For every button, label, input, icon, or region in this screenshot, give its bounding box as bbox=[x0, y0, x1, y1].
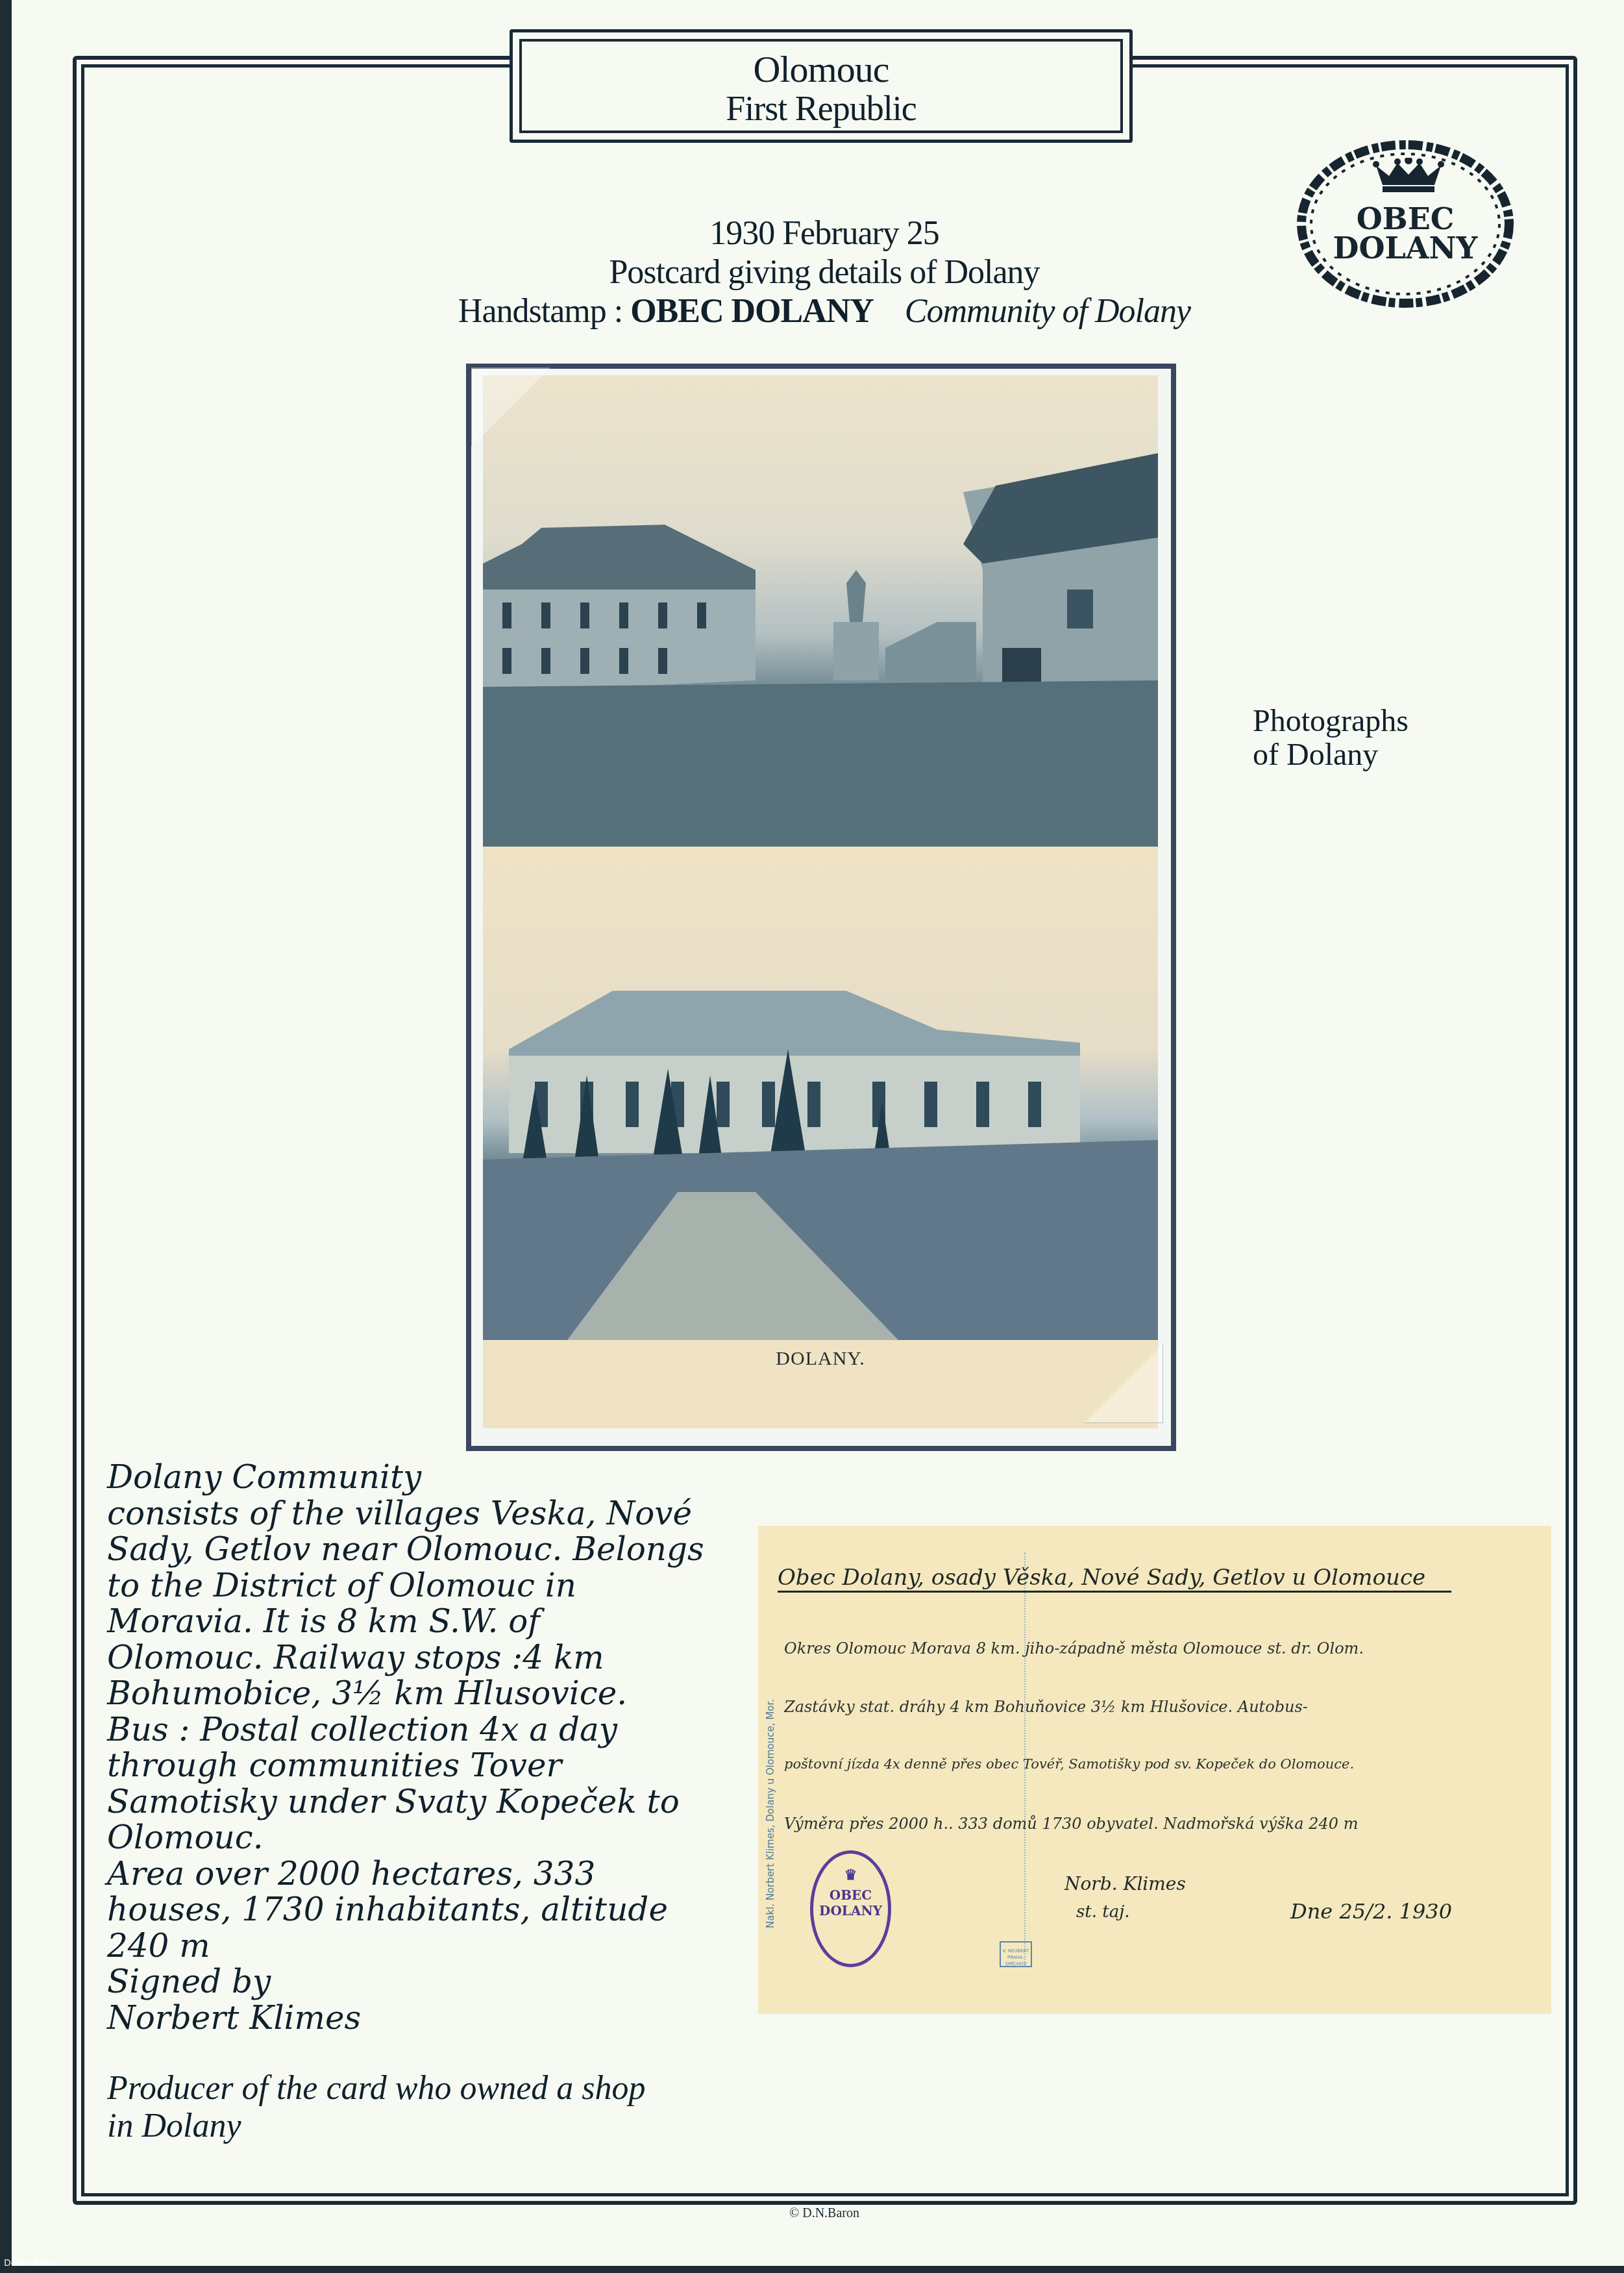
printer-mark: V. NEUBERT PRAHA-SMÍCHOV bbox=[1000, 1941, 1032, 1967]
postcard-reverse: Obec Dolany, osady Věska, Nové Sady, Get… bbox=[758, 1526, 1551, 2014]
handstamp-illustration: OBEC DOLANY bbox=[1288, 133, 1522, 315]
handstamp-translation: Community of Dolany bbox=[905, 293, 1190, 330]
description-line: Olomouc. bbox=[107, 1820, 756, 1856]
description-line: Norbert Klimes bbox=[107, 2000, 756, 2037]
description-handwritten: Dolany Community consists of the village… bbox=[107, 1459, 756, 2036]
scan-edge-left bbox=[0, 0, 12, 2273]
description-line: Bohumobice, 3½ km Hlusovice. bbox=[107, 1676, 756, 1712]
reverse-line: Výměra přes 2000 h.. 333 domů 1730 obyva… bbox=[784, 1815, 1358, 1833]
postcard-caption: DOLANY. bbox=[483, 1348, 1158, 1370]
photo-building bbox=[483, 854, 1158, 1340]
reverse-line: poštovní jízda 4x denně přes obec Tovéř,… bbox=[784, 1756, 1354, 1772]
producer-note-line: Producer of the card who owned a shop bbox=[107, 2070, 756, 2107]
watermark: Derek Baron bbox=[4, 2258, 60, 2268]
description-line: to the District of Olomouc in bbox=[107, 1568, 756, 1604]
description-line: Bus : Postal collection 4x a day bbox=[107, 1712, 756, 1748]
crown-icon bbox=[1373, 158, 1444, 193]
handstamp-line: Handstamp : OBEC DOLANY Community of Dol… bbox=[363, 292, 1285, 331]
handstamp-name: OBEC DOLANY bbox=[630, 293, 874, 330]
description-line: Dolany Community bbox=[107, 1459, 756, 1496]
reverse-line: Okres Olomouc Morava 8 km. jiho-západně … bbox=[784, 1639, 1364, 1658]
description-line: 240 m bbox=[107, 1928, 756, 1965]
scan-edge-bottom bbox=[0, 2266, 1624, 2273]
description-line: through communities Tover bbox=[107, 1748, 756, 1784]
reverse-date: Dne 25/2. 1930 bbox=[1290, 1899, 1452, 1924]
photos-label: Photographs of Dolany bbox=[1253, 704, 1409, 772]
reverse-line: Zastávky stat. dráhy 4 km Bohuňovice 3½ … bbox=[784, 1698, 1308, 1716]
item-date: 1930 February 25 bbox=[363, 214, 1285, 253]
reverse-stamp-line2: DOLANY bbox=[813, 1903, 888, 1919]
reverse-signature-title: st. taj. bbox=[1076, 1902, 1130, 1922]
photos-label-line1: Photographs bbox=[1253, 704, 1409, 738]
description-line: Sady, Getlov near Olomouc. Belongs bbox=[107, 1532, 756, 1568]
description-line: Area over 2000 hectares, 333 bbox=[107, 1856, 756, 1893]
page-subtitle: First Republic bbox=[522, 90, 1120, 127]
description-line: Samotisky under Svaty Kopeček to bbox=[107, 1784, 756, 1820]
reverse-stamp-line1: OBEC bbox=[813, 1887, 888, 1903]
title-box: Olomouc First Republic bbox=[510, 29, 1133, 143]
postcard-front: DOLANY. bbox=[483, 375, 1158, 1428]
crown-icon: ♛ bbox=[813, 1867, 888, 1883]
handstamp-label: Handstamp : bbox=[458, 293, 622, 330]
description-line: Moravia. It is 8 km S.W. of bbox=[107, 1604, 756, 1640]
building-image bbox=[483, 854, 1158, 1340]
photos-label-line2: of Dolany bbox=[1253, 738, 1409, 772]
producer-note: Producer of the card who owned a shop in… bbox=[107, 2070, 756, 2145]
item-description: Postcard giving details of Dolany bbox=[363, 253, 1285, 292]
village-square-image bbox=[483, 375, 1158, 847]
reverse-title: Obec Dolany, osady Věska, Nové Sady, Get… bbox=[778, 1565, 1451, 1593]
title-box-inner: Olomouc First Republic bbox=[519, 39, 1123, 133]
producer-note-line: in Dolany bbox=[107, 2107, 756, 2145]
description-line: consists of the villages Veska, Nové bbox=[107, 1496, 756, 1532]
description-line: Olomouc. Railway stops :4 km bbox=[107, 1640, 756, 1676]
page-title: Olomouc bbox=[522, 49, 1120, 90]
reverse-signature: Norb. Klimes bbox=[1064, 1873, 1186, 1894]
reverse-publisher-imprint: Nakl. Norbert Klimes, Dolany u Olomouce,… bbox=[765, 1699, 776, 1928]
photo-village-square bbox=[483, 375, 1158, 847]
copyright: © D.N.Baron bbox=[753, 2206, 896, 2221]
description-line: Signed by bbox=[107, 1964, 756, 2000]
item-header: 1930 February 25 Postcard giving details… bbox=[363, 214, 1285, 331]
description-line: houses, 1730 inhabitants, altitude bbox=[107, 1892, 756, 1928]
stamp-text-dolany: DOLANY bbox=[1288, 230, 1522, 266]
reverse-handstamp: ♛ OBEC DOLANY bbox=[810, 1850, 891, 1967]
